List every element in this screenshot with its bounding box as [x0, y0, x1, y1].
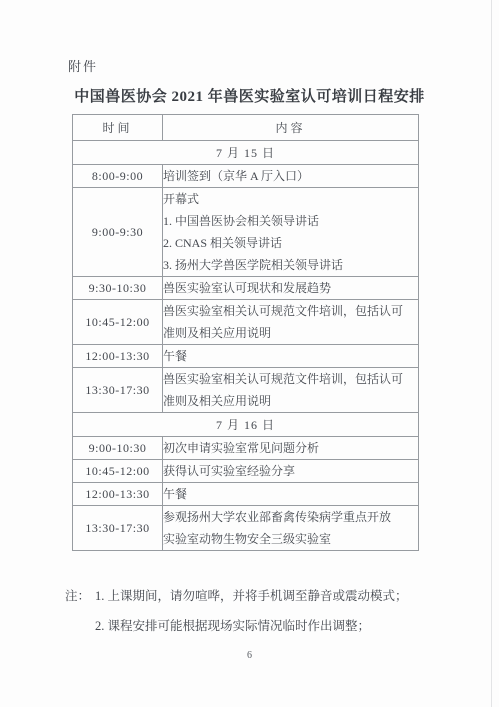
time-cell: 13:30-17:30 [73, 506, 163, 551]
time-cell: 9:00-10:30 [73, 437, 163, 460]
content-column-header: 内容 [163, 115, 419, 141]
content-cell: 兽医实验室相关认可规范文件培训，包括认可准则及相关应用说明 [163, 368, 419, 413]
content-line: 兽医实验室相关认可规范文件培训，包括认可 [163, 368, 418, 390]
schedule-row: 9:30-10:30兽医实验室认可现状和发展趋势 [73, 277, 419, 300]
scan-edge-line [491, 0, 492, 707]
content-line: 2. CNAS 相关领导讲话 [163, 232, 418, 254]
schedule-row: 12:00-13:30午餐 [73, 345, 419, 368]
content-cell: 兽医实验室相关认可规范文件培训，包括认可准则及相关应用说明 [163, 300, 419, 345]
note-text: 1. 上课期间，请勿喧哗，并将手机调至静音或震动模式； [95, 586, 408, 607]
schedule-row: 10:45-12:00获得认可实验室经验分享 [73, 460, 419, 483]
content-line: 兽医实验室相关认可规范文件培训，包括认可 [163, 300, 418, 322]
content-line: 兽医实验室认可现状和发展趋势 [163, 277, 418, 299]
note-text: 2. 课程安排可能根据现场实际情况临时作出调整； [95, 616, 370, 637]
time-cell: 9:00-9:30 [73, 188, 163, 277]
schedule-row: 8:00-9:00培训签到（京华 A 厅入口） [73, 165, 419, 188]
content-line: 开幕式 [163, 188, 418, 210]
time-cell: 12:00-13:30 [73, 483, 163, 506]
schedule-row: 10:45-12:00兽医实验室相关认可规范文件培训，包括认可准则及相关应用说明 [73, 300, 419, 345]
schedule-row: 13:30-17:30兽医实验室相关认可规范文件培训，包括认可准则及相关应用说明 [73, 368, 419, 413]
attachment-label: 附件 [68, 56, 98, 75]
page-title: 中国兽医协会 2021 年兽医实验室认可培训日程安排 [0, 85, 499, 106]
content-cell: 培训签到（京华 A 厅入口） [163, 165, 419, 188]
time-cell: 12:00-13:30 [73, 345, 163, 368]
schedule-table: 时间 内容 7 月 15 日8:00-9:00培训签到（京华 A 厅入口）9:0… [72, 114, 419, 551]
time-cell: 13:30-17:30 [73, 368, 163, 413]
content-line: 1. 中国兽医协会相关领导讲话 [163, 210, 418, 232]
time-cell: 10:45-12:00 [73, 460, 163, 483]
content-cell: 午餐 [163, 345, 419, 368]
schedule-row: 9:00-9:30开幕式1. 中国兽医协会相关领导讲话2. CNAS 相关领导讲… [73, 188, 419, 277]
content-line: 培训签到（京华 A 厅入口） [163, 165, 418, 187]
document-page: 附件 中国兽医协会 2021 年兽医实验室认可培训日程安排 时间 内容 7 月 … [0, 0, 499, 707]
date-cell: 7 月 16 日 [73, 413, 419, 437]
table-header-row: 时间 内容 [73, 115, 419, 141]
content-cell: 开幕式1. 中国兽医协会相关领导讲话2. CNAS 相关领导讲话3. 扬州大学兽… [163, 188, 419, 277]
content-line: 参观扬州大学农业部畜禽传染病学重点开放 [163, 506, 418, 528]
time-cell: 9:30-10:30 [73, 277, 163, 300]
content-cell: 初次申请实验室常见问题分析 [163, 437, 419, 460]
content-line: 准则及相关应用说明 [163, 390, 418, 412]
content-cell: 兽医实验室认可现状和发展趋势 [163, 277, 419, 300]
content-line: 实验室动物生物安全三级实验室 [163, 528, 418, 550]
note-label-spacer [65, 616, 95, 637]
time-cell: 10:45-12:00 [73, 300, 163, 345]
schedule-row: 13:30-17:30参观扬州大学农业部畜禽传染病学重点开放实验室动物生物安全三… [73, 506, 419, 551]
content-line: 午餐 [163, 345, 418, 367]
notes-section: 注： 1. 上课期间，请勿喧哗，并将手机调至静音或震动模式； 2. 课程安排可能… [65, 586, 455, 646]
content-cell: 参观扬州大学农业部畜禽传染病学重点开放实验室动物生物安全三级实验室 [163, 506, 419, 551]
content-line: 午餐 [163, 483, 418, 505]
content-line: 准则及相关应用说明 [163, 322, 418, 344]
date-section-row: 7 月 16 日 [73, 413, 419, 437]
schedule-table-body: 7 月 15 日8:00-9:00培训签到（京华 A 厅入口）9:00-9:30… [73, 141, 419, 551]
note-line: 注： 1. 上课期间，请勿喧哗，并将手机调至静音或震动模式； [65, 586, 455, 607]
content-cell: 获得认可实验室经验分享 [163, 460, 419, 483]
schedule-row: 12:00-13:30午餐 [73, 483, 419, 506]
content-line: 初次申请实验室常见问题分析 [163, 437, 418, 459]
page-number: 6 [0, 650, 499, 661]
time-cell: 8:00-9:00 [73, 165, 163, 188]
time-column-header: 时间 [73, 115, 163, 141]
note-label: 注： [65, 586, 95, 607]
content-cell: 午餐 [163, 483, 419, 506]
date-section-row: 7 月 15 日 [73, 141, 419, 165]
note-line: 2. 课程安排可能根据现场实际情况临时作出调整； [65, 616, 455, 637]
date-cell: 7 月 15 日 [73, 141, 419, 165]
schedule-row: 9:00-10:30初次申请实验室常见问题分析 [73, 437, 419, 460]
content-line: 3. 扬州大学兽医学院相关领导讲话 [163, 254, 418, 276]
content-line: 获得认可实验室经验分享 [163, 460, 418, 482]
